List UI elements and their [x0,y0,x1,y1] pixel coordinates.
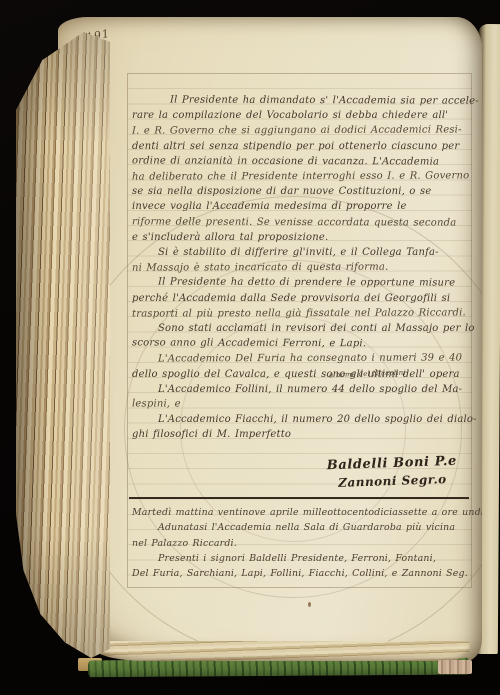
manuscript-line: Adunatasi l'Accademia nella Sala di Guar… [132,520,469,535]
book-photograph: 191 Il Presidente ha dimandato s' l'Acca… [0,0,500,695]
manuscript-line: denti altri sei senza stipendio per poi … [132,139,469,154]
endband [438,660,472,674]
manuscript-line: ordine di anzianità in occasione di vaca… [132,153,469,169]
signature-block: Baldelli Boni P.e Zannoni Segr.o [326,453,457,492]
manuscript-line: Il Presidente ha dimandato s' l'Accademi… [132,92,469,108]
manuscript-line: scorso anno gli Accademici Ferroni, e La… [132,336,469,352]
manuscript-line: trasporti al più presto nella già fissat… [132,305,469,321]
signature-secretary: Zannoni Segr.o [327,471,458,492]
minutes-text-block: Il Presidente ha dimandato s' l'Accademi… [132,93,469,443]
manuscript-line: ghi filosofici di M. Imperfetto [132,427,469,442]
manuscript-line: e s'includerà allora tal proposizione. [132,230,469,245]
manuscript-line: Si è stabilito di differire gl'inviti, e… [132,245,469,260]
manuscript-line: ni Massajo è stato incaricato di questa … [132,260,469,276]
manuscript-line: rare la compilazione del Vocabolario si … [132,108,469,123]
manuscript-line: Martedì mattina ventinove aprile milleot… [132,505,469,520]
manuscript-line: se sia nella disposizione di dar nuove C… [132,184,469,199]
section-divider-rule [129,497,469,499]
manuscript-line: Del Furia, Sarchiani, Lapi, Follini, Fia… [132,566,469,581]
manuscript-line: Il Presidente ha detto di prendere le op… [132,275,469,291]
ruled-text-frame: Il Presidente ha dimandato s' l'Accademi… [127,73,472,588]
manuscript-line: L'Accademico Follini, il numero 44 dello… [132,382,469,397]
manuscript-line: nel Palazzo Riccardi. [132,536,469,551]
session-header-block: Martedì mattina ventinove aprile milleot… [132,505,469,581]
manuscript-line: perché l'Accademia dalla Sede provvisori… [132,291,469,306]
manuscript-line: riforme delle presenti. Se venisse accor… [132,214,469,230]
book-fore-edge-pages [16,32,110,658]
manuscript-line: L'Accademico Del Furia ha consegnato i n… [132,351,469,367]
manuscript-line: Presenti i signori Baldelli Presidente, … [132,551,469,566]
manuscript-line: L'Accademico Fiacchi, il numero 20 dello… [132,412,469,427]
manuscript-line: dello spoglio del Cavalca, e questi sono… [132,367,469,382]
manuscript-line: invece voglia l'Accademia medesima di pr… [132,199,469,214]
manuscript-page: 191 Il Presidente ha dimandato s' l'Acca… [58,17,482,661]
manuscript-line: I. e R. Governo che si aggiungano ai dod… [132,123,469,139]
manuscript-line: ha deliberato che il Presidente interrog… [132,168,469,184]
ink-speck [308,602,311,607]
bottom-page-edges [92,641,470,661]
manuscript-line: lespini, e [132,396,469,412]
manuscript-line: Sono stati acclamati in revisori dei con… [132,321,469,336]
